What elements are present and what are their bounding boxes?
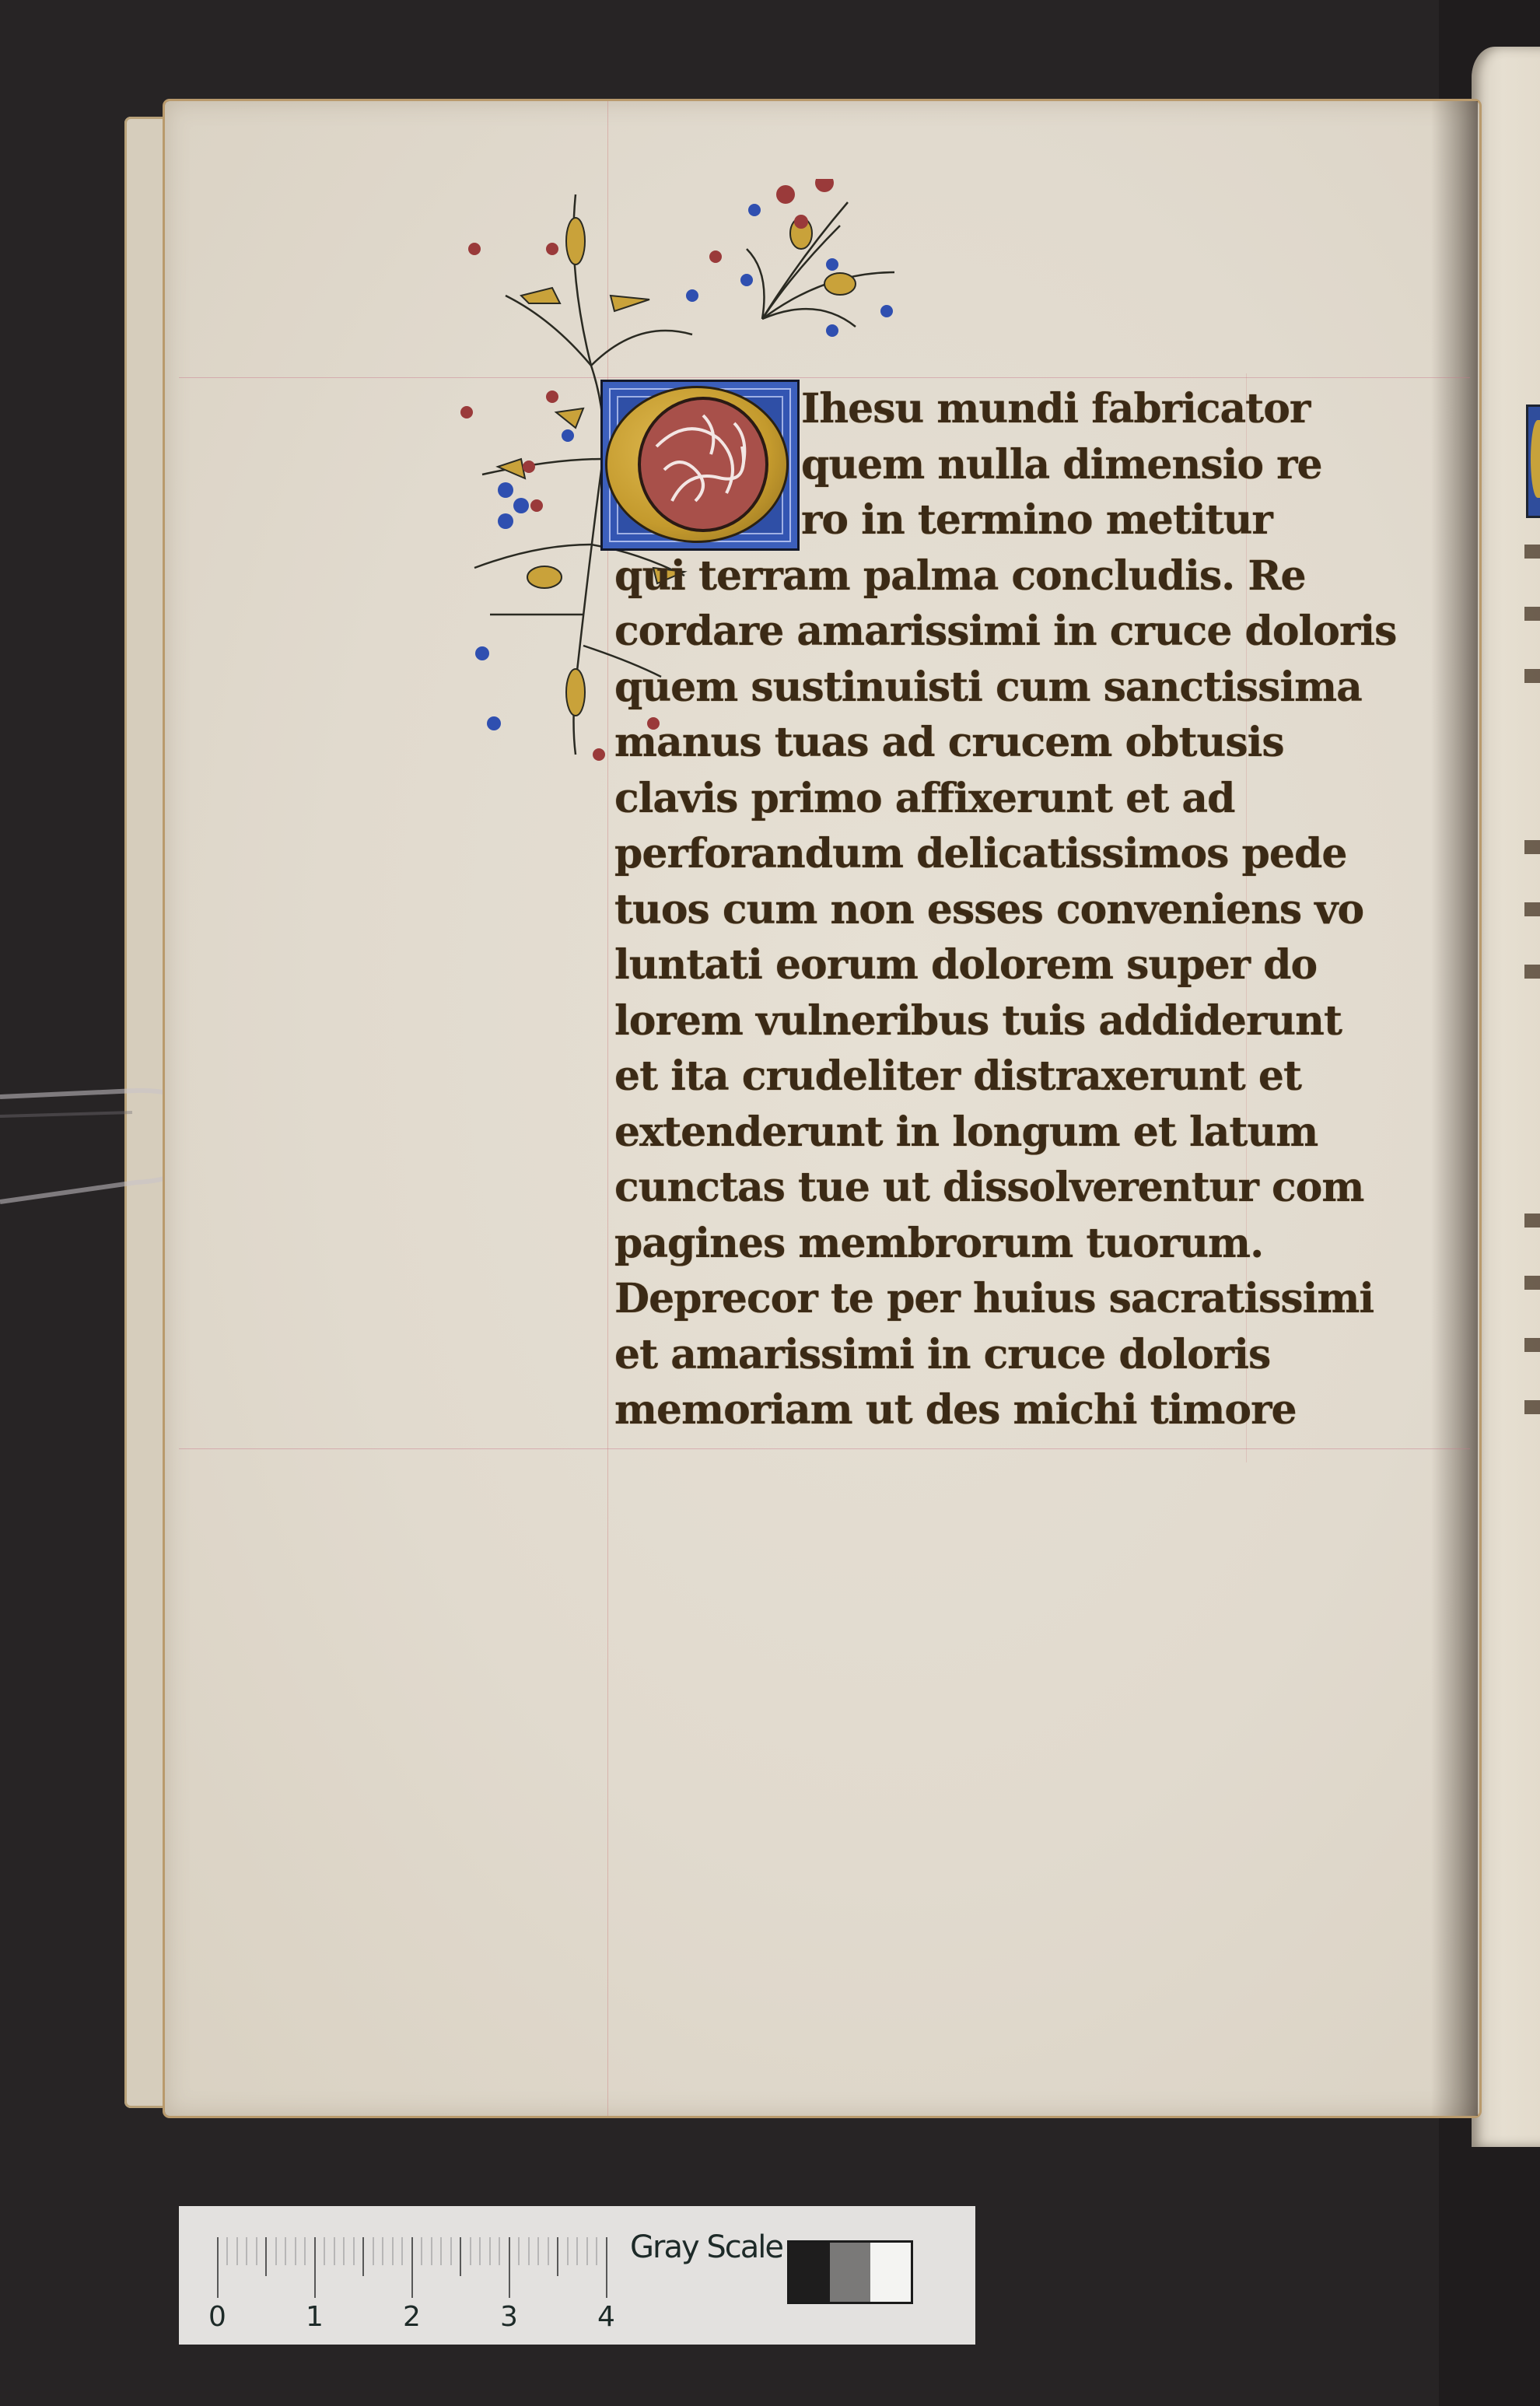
text-line: perforandum delicatissimos pede <box>614 826 1307 882</box>
text-line: manus tuas ad crucem obtusis <box>614 715 1307 771</box>
ruler-label-3: 3 <box>500 2301 518 2333</box>
facing-text-fragment <box>1524 1214 1540 1228</box>
text-line: quem nulla dimensio re <box>614 437 1307 493</box>
swatch-gray <box>830 2243 870 2302</box>
ruler-label-4: 4 <box>597 2301 615 2333</box>
text-line: clavis primo affixerunt et ad <box>614 771 1307 827</box>
ruler-label-0: 0 <box>208 2301 226 2333</box>
text-line: extenderunt in longum et latum <box>614 1105 1307 1161</box>
text-line: cordare amarissimi in cruce doloris <box>614 604 1307 660</box>
text-line: qui terram palma concludis. Re <box>614 548 1307 604</box>
facing-text-fragment <box>1524 1276 1540 1290</box>
swatch-white <box>870 2243 911 2302</box>
ruler-label-1: 1 <box>306 2301 324 2333</box>
text-line: lorem vulneribus tuis addiderunt <box>614 993 1307 1049</box>
gray-scale-label: Gray Scale <box>630 2229 782 2265</box>
manuscript-text-block: Ihesu mundi fabricator quem nulla dimens… <box>614 381 1307 1438</box>
text-line: quem sustinuisti cum sanctissima <box>614 660 1307 716</box>
text-line: tuos cum non esses conveniens vo <box>614 882 1307 938</box>
facing-text-fragment <box>1524 965 1540 979</box>
text-line: et ita crudeliter distraxerunt et <box>614 1049 1307 1105</box>
ruling-horizontal-bottom <box>179 1448 1470 1449</box>
facing-text-fragment <box>1524 607 1540 621</box>
text-line: pagines membrorum tuorum. <box>614 1216 1307 1272</box>
facing-text-fragment <box>1524 1400 1540 1414</box>
text-line: Deprecor te per huius sacratissimi <box>614 1271 1307 1327</box>
facing-text-fragment <box>1524 902 1540 916</box>
scale-card: 0 1 2 3 4 Gray Scale <box>179 2206 975 2345</box>
text-line: cunctas tue ut dissolverentur com <box>614 1160 1307 1216</box>
text-line: Ihesu mundi fabricator <box>614 381 1307 437</box>
facing-text-fragment <box>1524 545 1540 559</box>
ruler-ticks <box>208 2237 613 2299</box>
facing-text-fragment <box>1524 669 1540 683</box>
text-line: luntati eorum dolorem super do <box>614 937 1307 993</box>
ruler-label-2: 2 <box>403 2301 421 2333</box>
text-line: memoriam ut des michi timore <box>614 1382 1307 1438</box>
facing-text-fragment <box>1524 1338 1540 1352</box>
swatch-black <box>789 2243 830 2302</box>
facing-page-initial-gold <box>1531 420 1540 498</box>
text-line: et amarissimi in cruce doloris <box>614 1327 1307 1383</box>
facing-recto-page <box>1472 47 1540 2147</box>
text-line: ro in termino metitur <box>614 492 1307 548</box>
gutter-shadow <box>1431 101 1478 2116</box>
gray-scale-swatches <box>787 2240 913 2304</box>
facing-text-fragment <box>1524 840 1540 854</box>
